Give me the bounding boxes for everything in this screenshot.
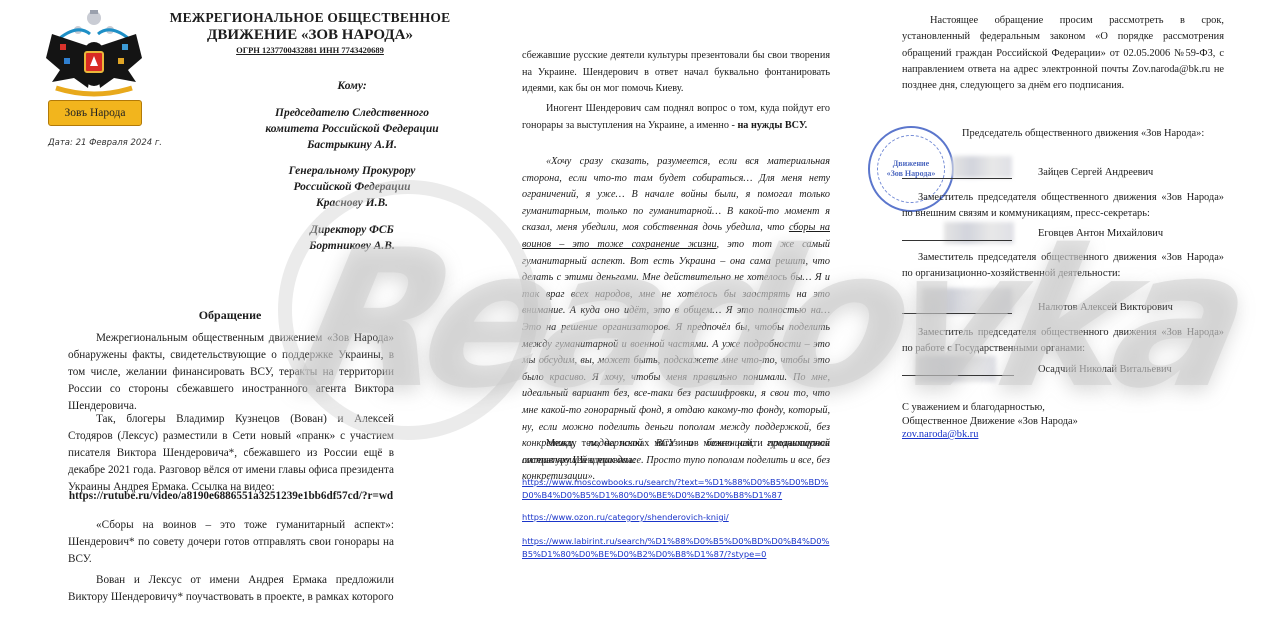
signatory-role: Заместитель председателя общественного д…: [902, 325, 1224, 358]
signature-line: [902, 178, 1012, 179]
role-text: Заместитель председателя общественного д…: [902, 252, 1224, 279]
to-label: Кому:: [262, 78, 442, 94]
signature-line: [902, 313, 1012, 314]
paragraph: Между тем, на полках магазинов можно най…: [522, 436, 830, 469]
appeal-title: Обращение: [0, 308, 460, 323]
signatory-name: Зайцев Сергей Андреевич: [1038, 167, 1153, 178]
document-date: Дата: 21 Февраля 2024 г.: [48, 138, 162, 148]
request-paragraph: Настоящее обращение просим рассмотреть в…: [902, 13, 1224, 94]
paragraph-text: «Сборы на воинов – это тоже гуманитарный…: [68, 519, 394, 565]
email-link[interactable]: zov.naroda@bk.ru: [902, 428, 1078, 442]
paragraph-bold-text: на нужды ВСУ.: [737, 120, 807, 131]
paragraph-text: Так, блогеры Владимир Кузнецов (Вован) и…: [68, 413, 394, 493]
org-registration: ОГРН 1237700432881 ИНН 7743420689: [160, 45, 460, 55]
paragraph: сбежавшие русские деятели культуры презе…: [522, 48, 830, 98]
paragraph: Межрегиональным общественным движением «…: [68, 330, 394, 415]
paragraph: «Сборы на воинов – это тоже гуманитарный…: [68, 517, 394, 568]
paragraph-text: Межрегиональным общественным движением «…: [68, 332, 394, 412]
stamp-text: Движение: [887, 159, 936, 169]
closing-block: С уважением и благодарностью, Общественн…: [902, 401, 1078, 442]
signatory-name: Еговцев Антон Михайлович: [1038, 228, 1163, 239]
moscowbooks-link[interactable]: https://www.moscowbooks.ru/search/?text=…: [522, 476, 832, 501]
closing-line: Общественное Движение «Зов Народа»: [902, 415, 1078, 429]
organization-header: Межрегиональное общественное движение «З…: [160, 10, 460, 55]
addressee-line: Директору ФСБ: [262, 222, 442, 238]
document-page-1: Зовъ Народа Дата: 21 Февраля 2024 г. Меж…: [0, 0, 460, 642]
redacted-signature: [952, 156, 1012, 178]
paragraph: Иногент Шендерович сам поднял вопрос о т…: [522, 101, 830, 134]
redacted-signature: [922, 288, 1012, 314]
redacted-signature: [916, 356, 996, 382]
signatory-role: Заместитель председателя общественного д…: [902, 190, 1224, 223]
addressee-line: Бортникову А.В.: [262, 238, 442, 254]
paragraph-text: Вован и Лексус от имени Андрея Ермака пр…: [68, 574, 394, 603]
signature-line: [902, 240, 1012, 241]
quote-text: «Хочу сразу сказать, разумеется, если вс…: [522, 156, 830, 233]
document-page-2: сбежавшие русские деятели культуры презе…: [460, 0, 860, 642]
signatory-name: Налютов Алексей Викторович: [1038, 302, 1173, 313]
addressee-line: Российской Федерации: [262, 179, 442, 195]
org-title-line1: Межрегиональное общественное: [160, 10, 460, 26]
signatory-role: Председатель общественного движения «Зов…: [902, 126, 1224, 142]
closing-line: С уважением и благодарностью,: [902, 401, 1078, 415]
coat-of-arms-logo: Зовъ Народа: [38, 8, 150, 124]
paragraph-text: Настоящее обращение просим рассмотреть в…: [902, 15, 1224, 91]
role-text: Председатель общественного движения «Зов…: [962, 128, 1204, 139]
video-link[interactable]: https://rutube.ru/video/a8190e6886551a32…: [68, 490, 394, 502]
addressee-fsb-director: Директору ФСБ Бортникову А.В.: [262, 222, 442, 254]
addressee-investigative-committee: Председателю Следственного комитета Росс…: [262, 105, 442, 153]
signatory-name: Осадчий Николай Витальевич: [1038, 364, 1172, 375]
addressee-line: комитета Российской Федерации: [262, 121, 442, 137]
paragraph: Так, блогеры Владимир Кузнецов (Вован) и…: [68, 411, 394, 496]
role-text: Заместитель председателя общественного д…: [902, 327, 1224, 354]
document-page-3: Настоящее обращение просим рассмотреть в…: [860, 0, 1280, 642]
addressee-line: Краснову И.В.: [262, 195, 442, 211]
double-headed-eagle-icon: [38, 8, 150, 104]
ozon-link[interactable]: https://www.ozon.ru/category/shenderovic…: [522, 511, 832, 524]
signature-line: [902, 375, 1014, 376]
paragraph: Вован и Лексус от имени Андрея Ермака пр…: [68, 572, 394, 606]
labirint-link[interactable]: https://www.labirint.ru/search/%D1%88%D0…: [522, 535, 832, 560]
paragraph-text: Между тем, на полках магазинов можно най…: [522, 438, 830, 466]
role-text: Заместитель председателя общественного д…: [902, 192, 1224, 219]
addressee-line: Председателю Следственного: [262, 105, 442, 121]
logo-caption: Зовъ Народа: [48, 100, 142, 126]
addressee-line: Бастрыкину А.И.: [262, 137, 442, 153]
signatory-role: Заместитель председателя общественного д…: [902, 250, 1224, 283]
addressee-prosecutor-general: Генеральному Прокурору Российской Федера…: [262, 163, 442, 211]
addressee-line: Генеральному Прокурору: [262, 163, 442, 179]
org-title-line2: движение «ЗОВ НАРОДА»: [160, 27, 460, 44]
